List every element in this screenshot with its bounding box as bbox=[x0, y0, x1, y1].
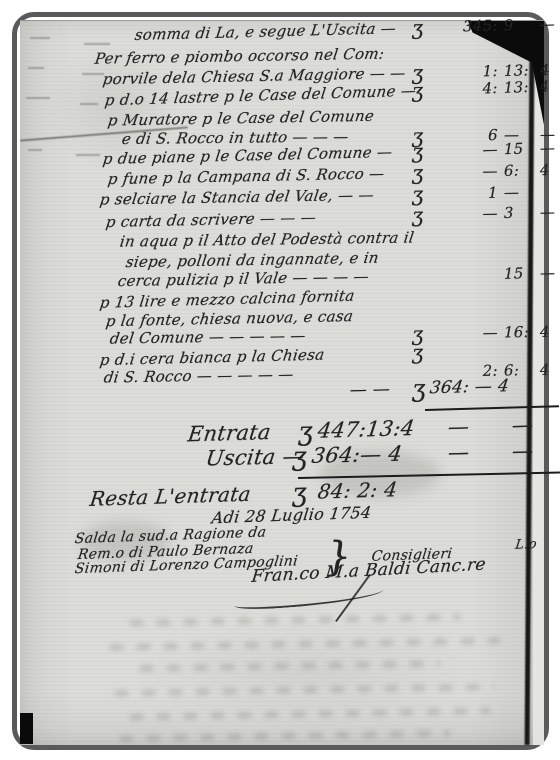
trail-dash: — bbox=[448, 414, 470, 439]
amount-soldi: 16: bbox=[504, 323, 538, 342]
amount-soldi: 15 bbox=[504, 139, 538, 158]
amount-lire: — bbox=[438, 140, 498, 159]
bleed-through-mark bbox=[120, 730, 450, 742]
trail-dash: — bbox=[512, 413, 534, 438]
scanned-document-view: somma di La, e segue L'Uscita —ʒ345:9—Pe… bbox=[0, 0, 560, 760]
manuscript-page: somma di La, e segue L'Uscita —ʒ345:9—Pe… bbox=[20, 20, 544, 745]
amount-lire: — bbox=[438, 323, 498, 342]
entry-text: p Muratore p le Case del Comune bbox=[107, 107, 376, 130]
amount-lire: — bbox=[438, 162, 498, 181]
resta-amount: 84: 2: 4 bbox=[316, 477, 399, 504]
uscita-amount: 364:— 4 bbox=[310, 442, 403, 468]
signature-flourish bbox=[234, 584, 385, 611]
amount-lire: 1 bbox=[438, 184, 498, 203]
amount-denari: — bbox=[540, 263, 560, 282]
amount-lire: — bbox=[438, 204, 498, 223]
entry-text: in aqua p il Atto del Podestà contra il bbox=[119, 228, 416, 250]
bleed-through-mark bbox=[130, 708, 490, 720]
amount-denari: 4 bbox=[540, 161, 560, 180]
trail-dash: — bbox=[512, 438, 534, 463]
amount-soldi: 15 bbox=[504, 264, 538, 283]
resta-label: Resta L'entrata bbox=[89, 482, 253, 511]
amount-lire: 345: bbox=[438, 16, 498, 36]
amount-denari: — bbox=[540, 203, 560, 222]
amount-soldi: — bbox=[504, 183, 538, 202]
entry-text: p carta da scrivere — — — bbox=[105, 208, 318, 231]
entry-text: p selciare la Stancia del Vale, — — bbox=[99, 186, 375, 209]
lira-bracket-glyph: ʒ bbox=[412, 203, 424, 227]
lira-bracket-glyph: ʒ bbox=[411, 78, 423, 102]
margin-mark: L.o bbox=[514, 537, 537, 553]
entrata-label: Entrata bbox=[186, 420, 272, 446]
bleed-through-mark bbox=[110, 638, 500, 651]
amount-denari: — bbox=[540, 15, 560, 34]
total-leader-dashes: — — bbox=[349, 379, 392, 400]
uscita-label: Uscita — bbox=[204, 444, 305, 470]
amount-lire: 4: bbox=[437, 79, 498, 99]
amount-denari: 4 bbox=[540, 322, 560, 340]
amount-soldi: 3 bbox=[504, 203, 538, 222]
entrata-amount: 447:13:4 bbox=[316, 416, 416, 443]
amount-soldi: 13: bbox=[503, 78, 538, 97]
amount-denari: — bbox=[540, 139, 560, 158]
uscita-total-amount: 364: — 4 bbox=[429, 376, 511, 398]
bleed-through-mark bbox=[140, 660, 440, 671]
lira-bracket-glyph: ʒ bbox=[291, 478, 307, 508]
lira-bracket-glyph: ʒ bbox=[411, 374, 426, 402]
trail-dash: — bbox=[448, 440, 470, 465]
bleed-through-mark bbox=[130, 614, 460, 626]
lira-bracket-glyph: ʒ bbox=[412, 15, 424, 39]
amount-soldi: 6: bbox=[504, 161, 538, 180]
ink-blot-mark bbox=[20, 713, 33, 744]
entry-text: del Comune — — — — — bbox=[109, 326, 307, 347]
lira-bracket-glyph: ʒ bbox=[292, 442, 308, 472]
amount-soldi: 9 bbox=[504, 15, 538, 34]
bleed-through-mark bbox=[115, 684, 495, 697]
lira-bracket-glyph: ʒ bbox=[412, 340, 424, 364]
entry-text: somma di La, e segue L'Uscita — bbox=[134, 19, 398, 44]
amount-denari: 4 bbox=[539, 77, 560, 96]
